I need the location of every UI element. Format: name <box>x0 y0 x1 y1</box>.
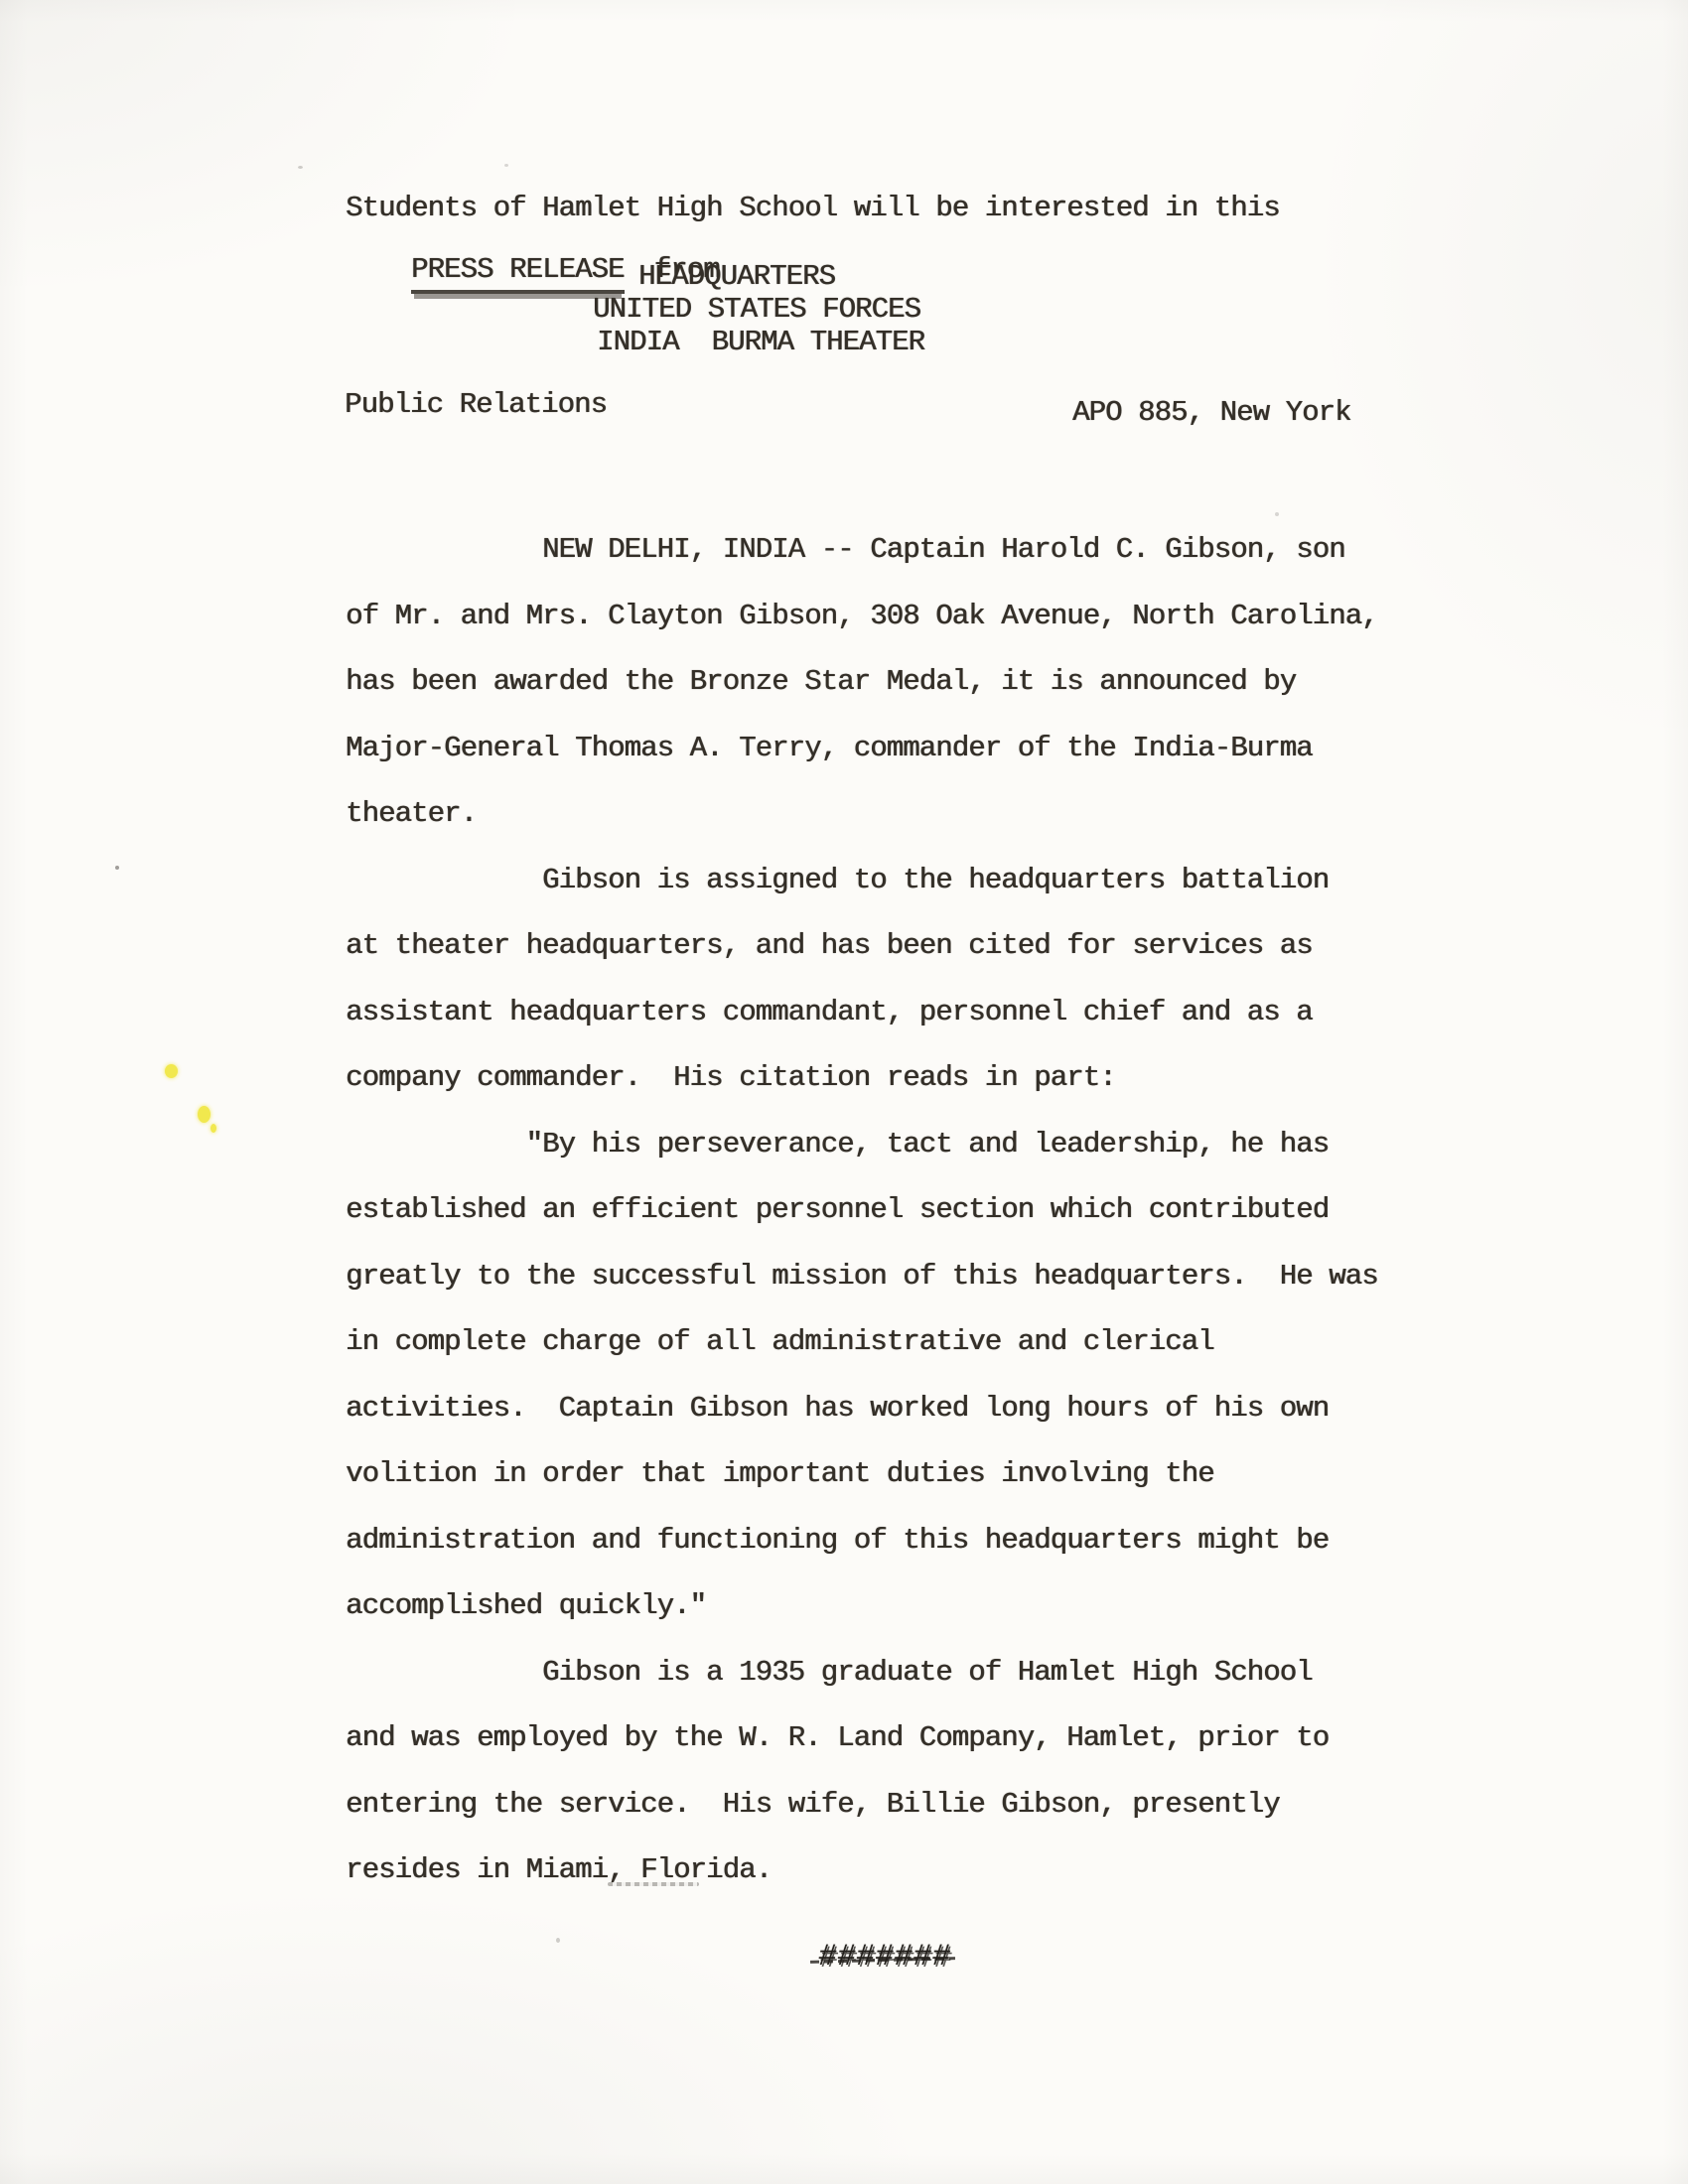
apo-address-label: APO 885, New York <box>1072 398 1351 427</box>
body-line: of Mr. and Mrs. Clayton Gibson, 308 Oak … <box>346 584 1517 650</box>
body-line: theater. <box>346 781 1517 848</box>
body-line: volition in order that important duties … <box>346 1441 1517 1508</box>
gray-speck <box>1275 512 1279 516</box>
body-line: activities. Captain Gibson has worked lo… <box>346 1376 1517 1442</box>
body-line: greatly to the successful mission of thi… <box>346 1244 1517 1310</box>
public-relations-label: Public Relations <box>345 390 607 419</box>
gray-speck <box>556 1938 560 1943</box>
yellow-speck <box>198 1106 211 1123</box>
body-line: and was employed by the W. R. Land Compa… <box>346 1706 1517 1772</box>
body-line: accomplished quickly." <box>346 1573 1517 1640</box>
body-line: NEW DELHI, INDIA -- Captain Harold C. Gi… <box>346 517 1517 584</box>
yellow-speck <box>211 1124 216 1133</box>
gray-speck <box>115 866 119 870</box>
org-line-headquarters: HEADQUARTERS <box>638 262 835 291</box>
body-line: "By his perseverance, tact and leadershi… <box>346 1112 1517 1178</box>
body-line: at theater headquarters, and has been ci… <box>346 913 1517 980</box>
article-body: NEW DELHI, INDIA -- Captain Harold C. Gi… <box>346 517 1517 1904</box>
body-line: resides in Miami, Florida. <box>346 1838 1517 1904</box>
body-line: assistant headquarters commandant, perso… <box>346 980 1517 1046</box>
gray-speck <box>298 166 303 169</box>
body-line: company commander. His citation reads in… <box>346 1045 1517 1112</box>
body-line: established an efficient personnel secti… <box>346 1177 1517 1244</box>
press-release-label: PRESS RELEASE <box>411 253 625 294</box>
org-line-india-burma-theater: INDIA BURMA THEATER <box>597 328 924 356</box>
header-note-line: Students of Hamlet High School will be i… <box>346 194 1280 222</box>
body-line: in complete charge of all administrative… <box>346 1309 1517 1376</box>
body-line: administration and functioning of this h… <box>346 1508 1517 1574</box>
body-line: has been awarded the Bronze Star Medal, … <box>346 649 1517 716</box>
gray-speck <box>504 164 508 167</box>
body-line: Gibson is a 1935 graduate of Hamlet High… <box>346 1640 1517 1706</box>
body-line: Major-General Thomas A. Terry, commander… <box>346 716 1517 782</box>
org-line-united-states-forces: UNITED STATES FORCES <box>593 295 920 324</box>
yellow-speck <box>165 1064 178 1078</box>
body-line: entering the service. His wife, Billie G… <box>346 1772 1517 1839</box>
body-line: Gibson is assigned to the headquarters b… <box>346 848 1517 914</box>
scanned-press-release-page: Students of Hamlet High School will be i… <box>0 0 1688 2184</box>
ink-smudge <box>608 1882 699 1886</box>
